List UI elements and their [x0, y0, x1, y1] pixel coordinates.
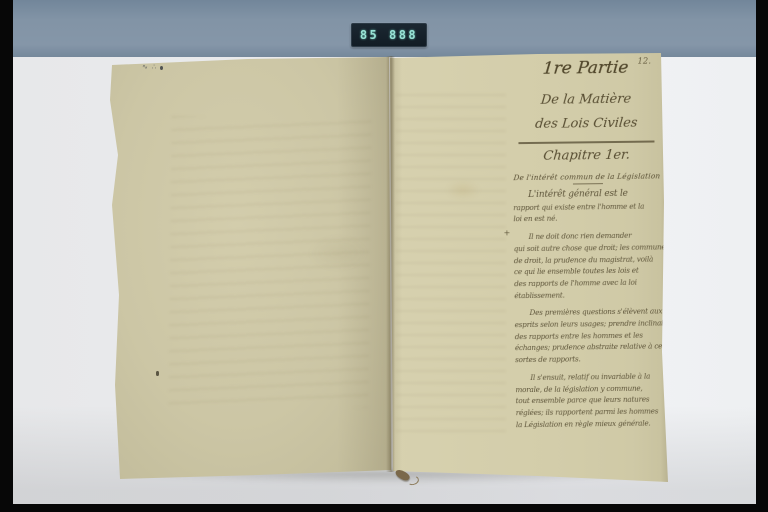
manuscript-line: rapport qui existe entre l'homme et la: [513, 200, 665, 214]
film-counter: 85 888: [351, 23, 427, 47]
manuscript-body: L'intérêt général est lerapport qui exis…: [513, 188, 668, 436]
manuscript-paragraph: Il ne doit donc rien demanderqui soit au…: [514, 229, 667, 301]
subtitle-rule: [573, 183, 603, 184]
manuscript-line: Il s'ensuit, relatif ou invariable à la: [515, 370, 667, 384]
counter-display: 85 888: [360, 28, 418, 43]
chapter-subtitle: De l'intérêt commun de la Législation: [510, 171, 663, 182]
thread-curl: [406, 475, 420, 487]
binding-fold: [386, 56, 395, 472]
manuscript-line: la Législation en règle mieux générale.: [516, 417, 668, 431]
manuscript-paragraph: L'intérêt général est lerapport qui exis…: [513, 188, 665, 225]
manuscript-line: sortes de rapports.: [515, 352, 667, 366]
part-heading: 1re Partie: [509, 57, 663, 79]
manuscript-line: loi en est né.: [513, 212, 665, 226]
matter-heading-line2: des Lois Civiles: [510, 115, 663, 132]
manuscript-line: établissement.: [514, 288, 666, 302]
binding-thread: [393, 468, 421, 486]
right-page-content: 12. 1re Partie De la Matière des Lois Ci…: [385, 50, 674, 485]
manuscript-paragraph: Des premières questions s'élèvent auxesp…: [514, 306, 667, 366]
left-page: ∿∴: [108, 55, 394, 479]
right-page: 12. 1re Partie De la Matière des Lois Ci…: [388, 52, 672, 484]
manuscript-paragraph: Il s'ensuit, relatif ou invariable à lam…: [515, 370, 668, 430]
matter-heading-line1: De la Matière: [509, 91, 662, 108]
heading-rule: [518, 140, 654, 143]
gutter-shadow: [108, 55, 394, 479]
photo-frame: 85 888 ∿∴ 12. 1re Partie De la Matière d…: [0, 0, 768, 512]
chapter-heading: Chapitre 1er.: [510, 147, 663, 164]
manuscript-line: échanges; prudence abstraite relative à …: [515, 341, 667, 355]
margin-plus-mark: +: [504, 228, 511, 237]
manuscript-line: esprits selon leurs usages; prendre incl…: [515, 317, 667, 331]
manuscript-line: de droit, la prudence du magistrat, voil…: [514, 253, 666, 267]
